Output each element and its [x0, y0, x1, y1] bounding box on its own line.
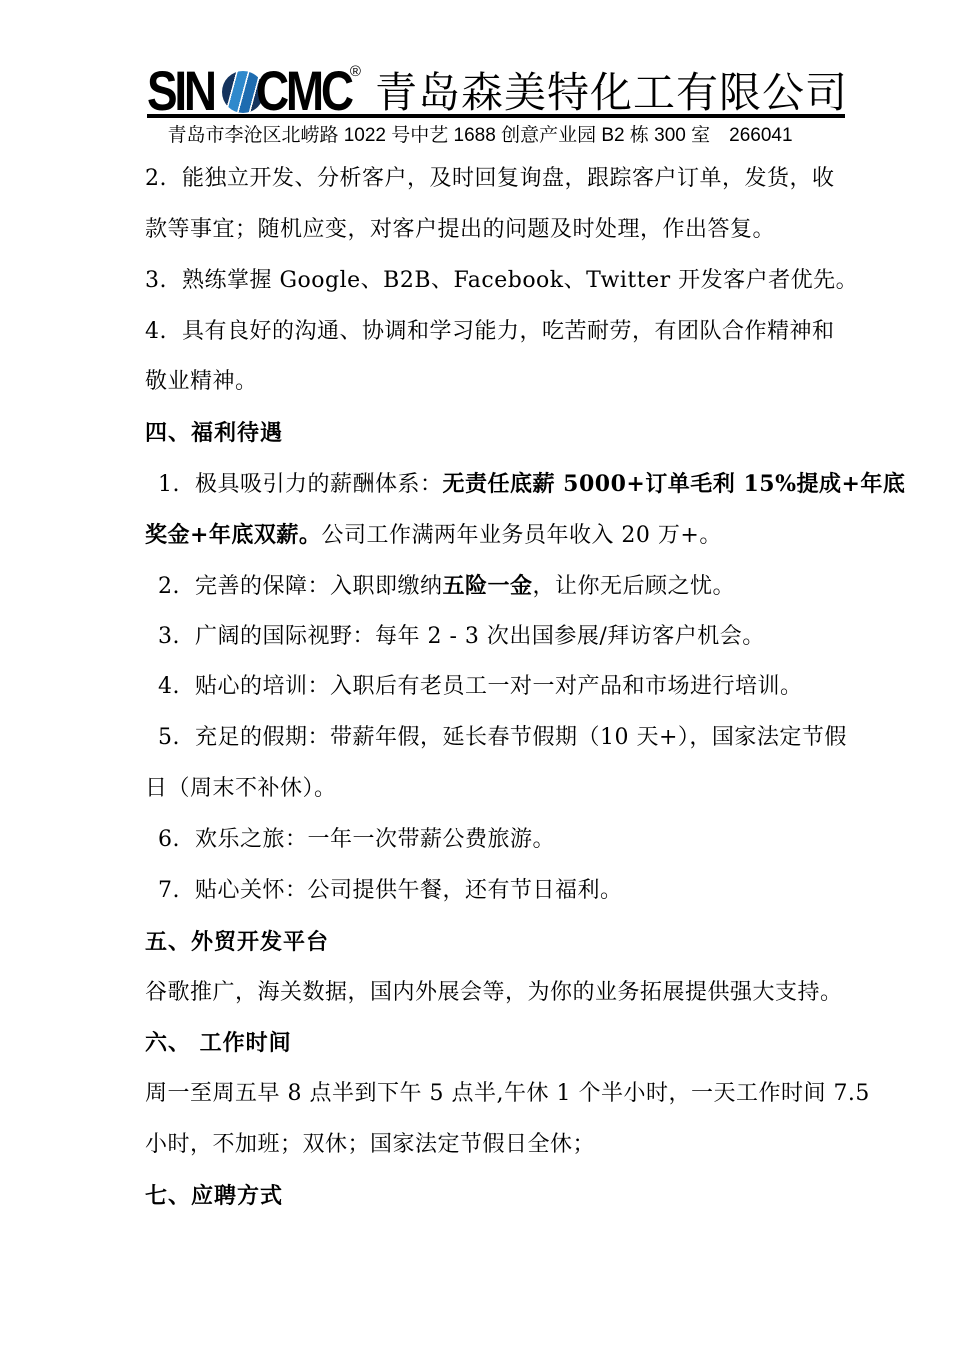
text-segment: 谷歌推广，海关数据，国内外展会等，为你的业务拓展提供强大支持。 [145, 980, 843, 1005]
text-segment: 四、福利待遇 [145, 420, 283, 446]
document-line: 7. 贴心关怀：公司提供午餐，还有节日福利。 [145, 866, 845, 917]
document-line: 2. 完善的保障：入职即缴纳五险一金，让你无后顾之忧。 [145, 561, 845, 612]
text-segment: 7. 贴心关怀：公司提供午餐，还有节日福利。 [158, 878, 622, 903]
text-segment: 日（周末不补休）。 [145, 776, 337, 801]
registered-trademark-symbol: ® [350, 64, 361, 79]
logo-text-sin: SIN [147, 67, 214, 115]
logo-text-cmc: CMC [256, 67, 351, 115]
text-segment: 2. 能独立开发、分析客户，及时回复询盘，跟踪客户订单，发货，收 [145, 166, 834, 191]
section-heading: 七、应聘方式 [145, 1171, 845, 1222]
document-line: 敬业精神。 [145, 357, 845, 408]
text-segment: 3. 广阔的国际视野：每年 2 - 3 次出国参展/拜访客户机会。 [158, 624, 765, 649]
document-body: 2. 能独立开发、分析客户，及时回复询盘，跟踪客户订单，发货，收款等事宜；随机应… [145, 154, 845, 1222]
text-segment: 4. 具有良好的沟通、协调和学习能力，吃苦耐劳，有团队合作精神和 [145, 319, 834, 344]
text-segment: 3. 熟练掌握 Google、B2B、Facebook、Twitter 开发客户… [145, 268, 858, 293]
section-heading: 六、 工作时间 [145, 1018, 845, 1069]
document-line: 4. 贴心的培训：入职后有老员工一对一对产品和市场进行培训。 [145, 662, 845, 713]
document-line: 6. 欢乐之旅：一年一次带薪公费旅游。 [145, 815, 845, 866]
text-segment: 公司工作满两年业务员年收入 20 万+。 [321, 523, 721, 548]
text-segment: 敬业精神。 [145, 369, 258, 394]
text-segment: 五、外贸开发平台 [145, 929, 329, 955]
text-segment: 小时，不加班；双休；国家法定节假日全休； [145, 1132, 595, 1157]
document-line: 周一至周五早 8 点半到下午 5 点半,午休 1 个半小时，一天工作时间 7.5 [145, 1069, 845, 1120]
company-letterhead: SIN CMC ® 青岛森美特化工有限公司 [147, 55, 848, 115]
text-segment: 六、 工作时间 [145, 1030, 292, 1056]
text-segment: 2. 完善的保障：入职即缴纳 [158, 574, 442, 599]
document-line: 3. 广阔的国际视野：每年 2 - 3 次出国参展/拜访客户机会。 [145, 612, 845, 663]
document-line: 谷歌推广，海关数据，国内外展会等，为你的业务拓展提供强大支持。 [145, 968, 845, 1019]
text-segment: 七、应聘方式 [145, 1183, 283, 1209]
text-segment: 4. 贴心的培训：入职后有老员工一对一对产品和市场进行培训。 [158, 674, 802, 699]
text-segment: 6. 欢乐之旅：一年一次带薪公费旅游。 [158, 827, 555, 852]
section-heading: 五、外贸开发平台 [145, 917, 845, 968]
document-line: 2. 能独立开发、分析客户，及时回复询盘，跟踪客户订单，发货，收 [145, 154, 845, 205]
text-segment: 周一至周五早 8 点半到下午 5 点半,午休 1 个半小时，一天工作时间 7.5 [145, 1081, 870, 1106]
document-line: 奖金+年底双薪。公司工作满两年业务员年收入 20 万+。 [145, 510, 845, 561]
text-segment: 五险一金 [442, 573, 532, 599]
document-line: 5. 充足的假期：带薪年假，延长春节假期（10 天+），国家法定节假 [145, 713, 845, 764]
text-segment: 无责任底薪 5000+订单毛利 15%提成+年底 [442, 471, 905, 497]
document-page: SIN CMC ® 青岛森美特化工有限公司 青岛市李沧区北崂路 1022 号中艺… [0, 0, 960, 1358]
text-segment: 奖金+年底双薪。 [145, 522, 321, 548]
company-address: 青岛市李沧区北崂路 1022 号中艺 1688 创意产业园 B2 栋 300 室… [0, 123, 960, 149]
document-line: 3. 熟练掌握 Google、B2B、Facebook、Twitter 开发客户… [145, 256, 845, 307]
company-name: 青岛森美特化工有限公司 [375, 72, 848, 114]
header-divider [147, 114, 845, 118]
text-segment: 5. 充足的假期：带薪年假，延长春节假期（10 天+），国家法定节假 [158, 725, 847, 750]
document-line: 日（周末不补休）。 [145, 764, 845, 815]
document-line: 1. 极具吸引力的薪酬体系：无责任底薪 5000+订单毛利 15%提成+年底 [145, 459, 845, 510]
section-heading: 四、福利待遇 [145, 408, 845, 459]
document-line: 4. 具有良好的沟通、协调和学习能力，吃苦耐劳，有团队合作精神和 [145, 307, 845, 358]
text-segment: 款等事宜；随机应变，对客户提出的问题及时处理，作出答复。 [145, 217, 775, 242]
document-line: 款等事宜；随机应变，对客户提出的问题及时处理，作出答复。 [145, 205, 845, 256]
text-segment: ，让你无后顾之忧。 [533, 574, 736, 599]
text-segment: 1. 极具吸引力的薪酬体系： [158, 472, 442, 497]
document-line: 小时，不加班；双休；国家法定节假日全休； [145, 1120, 845, 1171]
